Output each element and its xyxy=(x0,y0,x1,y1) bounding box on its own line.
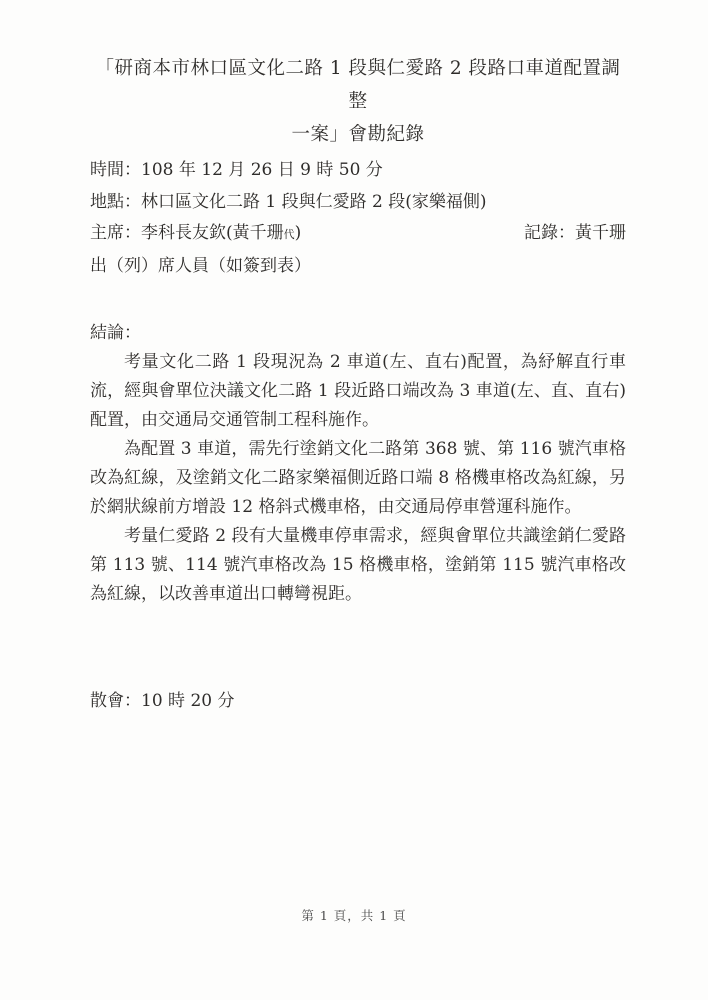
document-title: 「研商本市林口區文化二路 1 段與仁愛路 2 段路口車道配置調整 一案」會勘紀錄 xyxy=(90,52,626,151)
meeting-chair: 主席：李科長友欽(黃千珊代) xyxy=(90,218,301,251)
meeting-time: 時間：108 年 12 月 26 日 9 時 50 分 xyxy=(90,155,626,187)
conclusion-section: 結論： 考量文化二路 1 段現況為 2 車道(左、直右)配置，為紓解直行車流，經… xyxy=(90,319,626,609)
conclusion-paragraph-1: 考量文化二路 1 段現況為 2 車道(左、直右)配置，為紓解直行車流，經與會單位… xyxy=(90,348,626,435)
meeting-location: 地點：林口區文化二路 1 段與仁愛路 2 段(家樂福側) xyxy=(90,187,626,219)
scanned-document-page: 「研商本市林口區文化二路 1 段與仁愛路 2 段路口車道配置調整 一案」會勘紀錄… xyxy=(0,0,708,1000)
document-title-line1: 「研商本市林口區文化二路 1 段與仁愛路 2 段路口車道配置調整 xyxy=(90,52,626,118)
chair-name: 主席：李科長友欽(黃千珊 xyxy=(90,223,284,243)
meeting-recorder: 記錄：黃千珊 xyxy=(524,218,626,250)
meeting-meta: 時間：108 年 12 月 26 日 9 時 50 分 地點：林口區文化二路 1… xyxy=(90,155,626,282)
chair-deputy-mark: 代 xyxy=(284,228,295,241)
meeting-chair-line: 主席：李科長友欽(黃千珊代) 記錄：黃千珊 xyxy=(90,218,626,251)
document-content: 「研商本市林口區文化二路 1 段與仁愛路 2 段路口車道配置調整 一案」會勘紀錄… xyxy=(0,0,708,716)
meeting-attendees: 出（列）席人員（如簽到表） xyxy=(90,251,626,283)
conclusion-paragraph-3: 考量仁愛路 2 段有大量機車停車需求，經與會單位共識塗銷仁愛路第 113 號、1… xyxy=(90,522,626,609)
adjournment-time: 散會：10 時 20 分 xyxy=(90,687,626,716)
conclusion-label: 結論： xyxy=(90,319,626,348)
document-title-line2: 一案」會勘紀錄 xyxy=(90,118,626,151)
page-number-footer: 第 1 頁，共 1 頁 xyxy=(0,906,708,924)
conclusion-paragraph-2: 為配置 3 車道，需先行塗銷文化二路第 368 號、第 116 號汽車格改為紅線… xyxy=(90,435,626,522)
chair-paren-close: ) xyxy=(295,223,302,243)
